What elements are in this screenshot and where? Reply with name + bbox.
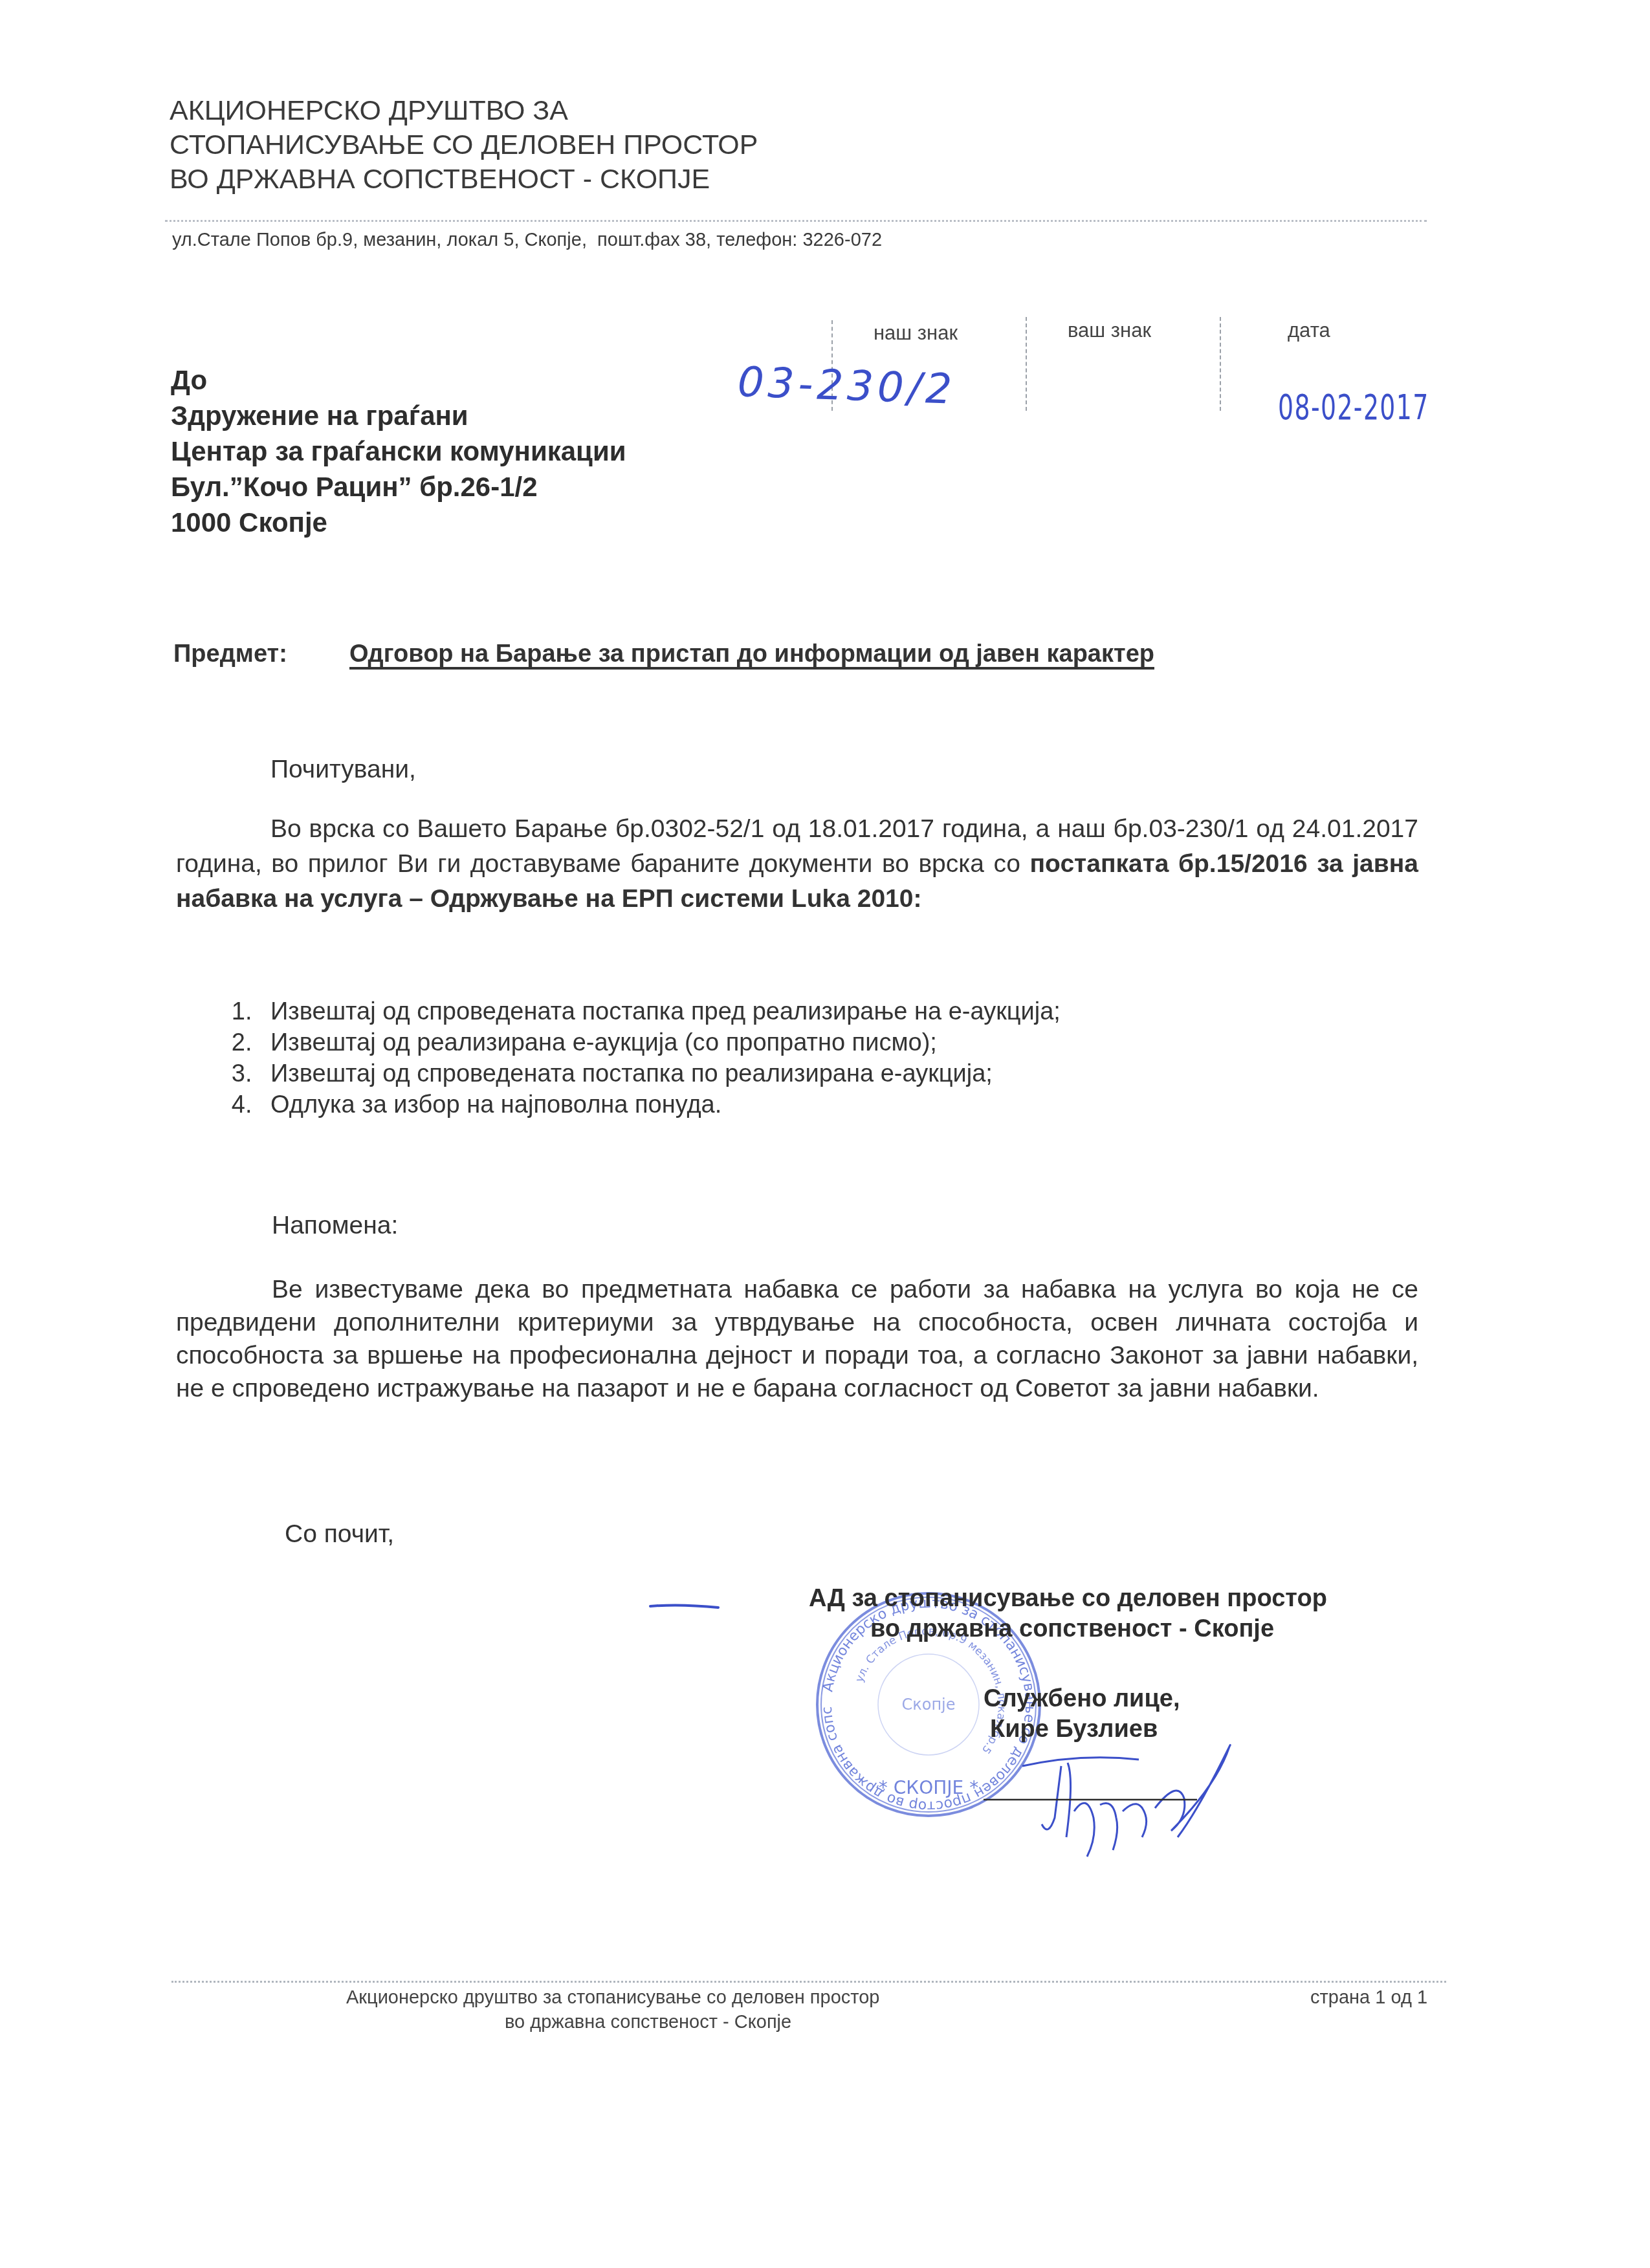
subject-label: Предмет: [173,640,287,668]
subject-text: Одговор на Барање за пристап до информац… [349,640,1154,668]
recipient-org-1: Здружение на граѓани [171,398,626,433]
signature-name: Кире Бузлиев [990,1716,1158,1743]
document-item: Извештај од спроведената постапка пред р… [259,996,1359,1027]
footer-line-2: во државна сопственост - Скопје [505,2012,791,2033]
document-item: Одлука за избор на најповолна понуда. [259,1089,1359,1120]
letterhead-line-3: ВО ДРЖАВНА СОПСТВЕНОСТ - СКОПЈЕ [170,162,758,197]
footer-divider [171,1981,1446,1983]
stamp-bottom-text: * СКОПЈЕ * [879,1777,978,1798]
documents-list: Извештај од спроведената постапка пред р… [233,996,1359,1120]
recipient-to: До [171,362,626,398]
letterhead-address: ул.Стале Попов бр.9, мезанин, локал 5, С… [172,230,882,251]
letterhead-divider [165,220,1427,222]
note-label: Напомена: [272,1208,398,1243]
footer-line-1: Акционерско друштво за стопанисување со … [346,1987,879,2009]
letterhead-line-1: АКЦИОНЕРСКО ДРУШТВО ЗА [170,94,758,128]
date-stamp: 08-02-2017 [1278,387,1429,428]
letterhead-line-2: СТОПАНИСУВАЊЕ СО ДЕЛОВЕН ПРОСТОР [170,128,758,162]
intro-paragraph: Во врска со Вашето Барање бр.0302-52/1 о… [176,812,1418,917]
signature-org-line-1: АД за стопанисување со деловен простор [809,1585,1327,1613]
recipient-city: 1000 Скопје [171,505,626,540]
signature-org-line-2: во државна сопственост - Скопје [870,1615,1274,1643]
our-ref-handwritten: 03-230/2 [737,358,956,414]
footer-page-number: страна 1 од 1 [1310,1987,1427,2009]
your-ref-label: ваш знак [1068,319,1151,342]
handwritten-signature [984,1740,1268,1870]
stamp-center-text: Скопје [901,1696,955,1714]
closing: Со почит, [285,1517,394,1552]
ref-divider-2 [1026,317,1027,411]
document-item: Извештај од спроведената постапка по реа… [259,1058,1359,1089]
letterhead: АКЦИОНЕРСКО ДРУШТВО ЗА СТОПАНИСУВАЊЕ СО … [170,94,758,197]
ref-divider-3 [1220,317,1221,411]
recipient-org-2: Центар за граѓански комуникации [171,433,626,469]
our-ref-label: наш знак [874,322,958,345]
note-paragraph: Ве известуваме дека во предметната набав… [176,1273,1418,1405]
recipient-block: До Здружение на граѓани Центар за граѓан… [171,362,626,540]
greeting: Почитувани, [270,752,416,787]
date-label: дата [1288,319,1330,342]
document-item: Извештај од реализирана е-аукција (со пр… [259,1027,1359,1058]
recipient-street: Бул.”Кочо Рацин” бр.26-1/2 [171,469,626,505]
ink-dash-mark [647,1601,725,1614]
signature-role: Службено лице, [984,1685,1180,1713]
